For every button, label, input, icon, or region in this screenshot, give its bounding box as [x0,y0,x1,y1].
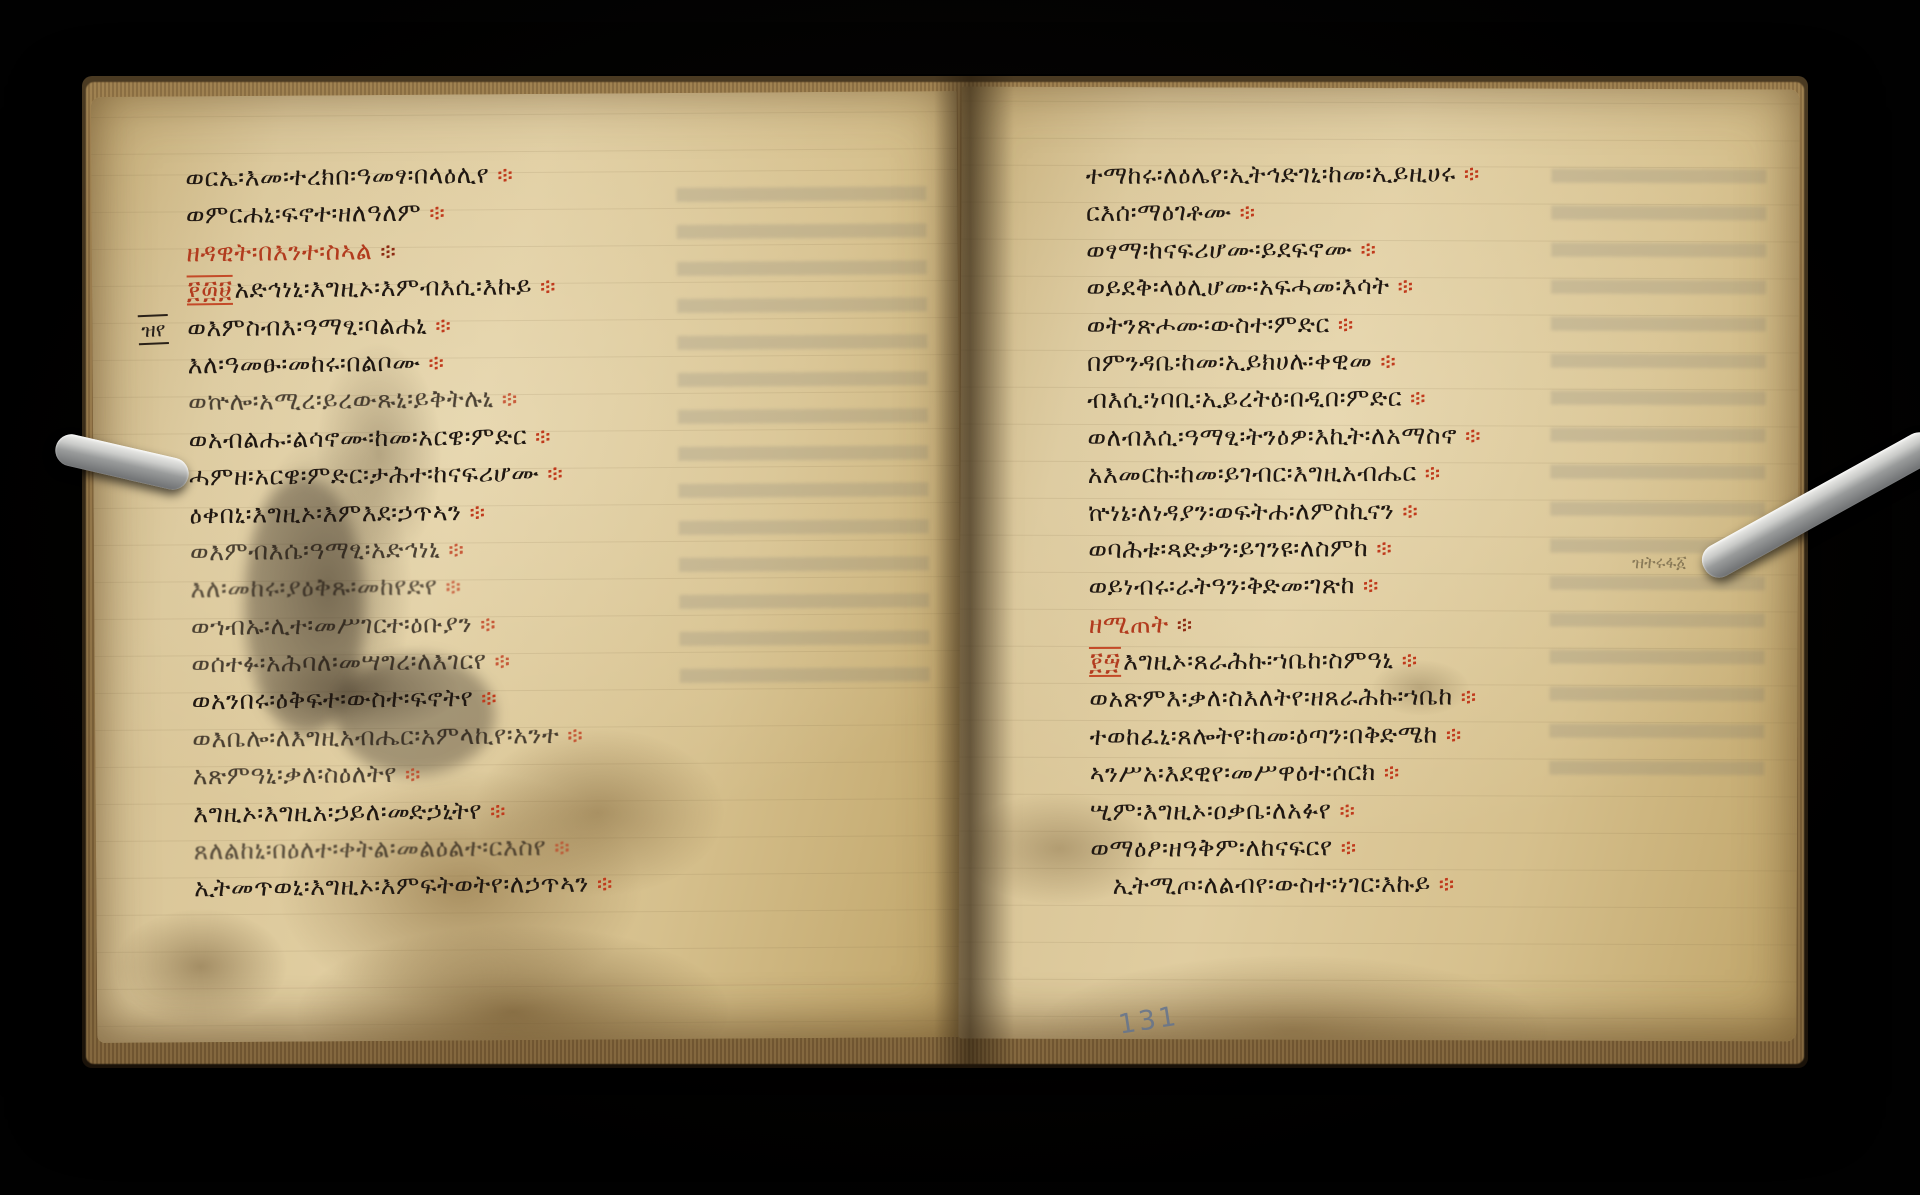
geez-text: በምንዳቤ፡ከመ፡ኢይክሀሉ፡ቀዊመ [1087,346,1373,377]
paragraph-mark-icon: ፨ [1439,873,1455,898]
geez-text-line: ወምርሐኒ፡ፍኖተ፡ዘለዓለም፨ [186,192,605,235]
paragraph-mark-icon: ፨ [481,687,497,712]
paragraph-mark-icon: ፨ [494,650,510,675]
geez-text: ወአጽምእ፡ቃለ፡ስእለትየ፡ዘጸራሕኩ፡ኀቤከ [1089,682,1453,714]
paragraph-mark-icon: ፨ [502,388,518,413]
paragraph-mark-icon: ፨ [1464,162,1480,187]
geez-text: እለ፡ዓመፁ፡መከሩ፡በልቦሙ [188,348,421,380]
geez-text: ወትንጽሖሙ፡ውስተ፡ምድር [1087,309,1330,340]
geez-text: ወባሕቱ፡ጻድቃን፡ይገንዩ፡ለስምከ [1088,533,1368,564]
geez-text: ወሰተፉ፡አሕባለ፡መሣግረ፡ለእገርየ [191,646,486,679]
geez-text-line: ዕቀበኒ፡እግዚኦ፡እምእደ፡ኃጥኣን፨ [189,491,608,534]
geez-text: ወእምብእሴ፡ዓማፂ፡አድኅነኒ [190,534,441,566]
geez-text-line: ወለብእሲ፡ዓማፂ፡ትንዕዎ፡እኪት፡ለአማስኖ፨ [1087,416,1481,456]
paragraph-mark-icon: ፨ [1338,313,1354,338]
paragraph-mark-icon: ፨ [1360,238,1376,263]
right-page: ዝትሩፋ፩ 131 ተማከሩ፡ለዕሌየ፡ኢትኅድገኒ፡ከመ፡ኢይዚሀሩ፨ርእሰ፡… [958,87,1799,1042]
geez-text-line: ወባሕቱ፡ጻድቃን፡ይገንዩ፡ለስምከ፨ [1088,528,1482,568]
paragraph-mark-icon: ፨ [554,836,570,861]
showthrough-text-right [1549,169,1766,790]
geez-text-line: ወትንጽሖሙ፡ውስተ፡ምድር፨ [1087,304,1481,344]
paragraph-mark-icon: ፨ [1363,574,1379,599]
geez-text-line: ወኵሎ፡አሚረ፡ይረውጹኒ፡ይቅትሉኒ፨ [188,379,607,422]
geez-text-line: ጸለልከኒ፡በዕለተ፡ቀትል፡መልዕልተ፡ርእስየ፨ [193,827,612,870]
geez-text-line: አእመርኩ፡ከመ፡ይገብር፡እግዚአብሔር፨ [1088,453,1482,493]
paragraph-mark-icon: ፨ [535,425,551,450]
margin-note-left: ዝየ [138,314,169,345]
geez-text: ኵነኔ፡ለነዳያን፡ወፍትሐ፡ለምስኪናን [1088,495,1395,526]
geez-text: ወለብእሲ፡ዓማፂ፡ትንዕዎ፡እኪት፡ለአማስኖ [1087,420,1457,452]
geez-text: አጽምዓኒ፡ቃለ፡ስዕለትየ [193,759,398,790]
geez-text: ዕቀበኒ፡እግዚኦ፡እምእደ፡ኃጥኣን [189,497,461,529]
geez-text: ወኀብኡ፡ሊተ፡መሥገርተ፡ዕቡያን [191,609,473,641]
geez-text-line: ተማከሩ፡ለዕሌየ፡ኢትኅድገኒ፡ከመ፡ኢይዚሀሩ፨ [1086,154,1480,194]
geez-text: ወእቤሎ፡ለእግዚአብሔር፡አምላኪየ፡አንተ [192,720,559,753]
left-page: ዝየ ወርኤ፡እመ፡ተረክበ፡ዓመፃ፡በላዕሊየ፨ወምርሐኒ፡ፍኖተ፡ዘለዓለም… [91,91,964,1043]
geez-text-line: ተወከፈኒ፡ጸሎትየ፡ከመ፡ዕጣን፡በቅድሜከ፨ [1089,715,1483,755]
paragraph-mark-icon: ፨ [429,202,445,227]
geez-text: ኢትመጥወኒ፡እግዚኦ፡እምፍትወትየ፡ለኃጥኣን [194,869,589,903]
geez-text-line: ወእምስብእ፡ዓማፂ፡ባልሐኒ፨ [187,304,606,347]
geez-text: ወአንበሩ፡ዕቅፍተ፡ውስተ፡ፍኖትየ [192,683,474,715]
paragraph-mark-icon: ፨ [1446,723,1462,748]
geez-text-line: ብእሲ፡ነባቢ፡ኢይረትዕ፡በዲበ፡ምድር፨ [1087,379,1481,419]
paragraph-mark-icon: ፨ [1239,201,1255,226]
geez-text: ወእምስብእ፡ዓማፂ፡ባልሐኒ [187,310,427,342]
geez-text-line: ወይደቅ፡ላዕሊሆሙ፡አፍሓመ፡እሳት፨ [1086,266,1480,306]
paragraph-mark-icon: ፨ [1465,424,1481,449]
paragraph-mark-icon: ፨ [1380,350,1396,375]
paragraph-mark-icon: ፨ [1341,836,1357,861]
geez-text: ኣንሥአ፡እደዊየ፡መሥዋዕተ፡ሰርክ [1090,757,1376,788]
psalm-number-rubric: ፻፵ [1089,647,1121,677]
psalm-number-rubric: ፻፴፱ [187,275,233,306]
rubric-heading-line: ዘዳዊት፡በእንተ፡ስኣል፨ [186,229,605,272]
showthrough-text-left [676,186,929,688]
geez-text-line: እለ፡ዓመፁ፡መከሩ፡በልቦሙ፨ [187,341,606,384]
geez-text: ወምርሐኒ፡ፍኖተ፡ዘለዓለም [186,198,422,230]
rubric-heading-line: ዘሚጠት፨ [1089,603,1483,643]
geez-text: እግዚኦ፡ጸራሕኩ፡ኀቤከ፡ስምዓኒ [1123,645,1394,676]
paragraph-mark-icon: ፨ [480,612,496,637]
geez-text: ዘሚጠት [1089,609,1169,639]
geez-text-line: ኢትሚጦ፡ለልብየ፡ውስተ፡ነገር፡እኩይ፨ [1090,865,1484,905]
geez-text-line: ወአጽምእ፡ቃለ፡ስእለትየ፡ዘጸራሕኩ፡ኀቤከ፨ [1089,678,1483,718]
geez-text-line: ወአንበሩ፡ዕቅፍተ፡ውስተ፡ፍኖትየ፨ [192,678,611,721]
paragraph-mark-icon: ፨ [1384,761,1400,786]
paragraph-mark-icon: ፨ [405,763,421,788]
geez-text-line: ወሰተፉ፡አሕባለ፡መሣግረ፡ለእገርየ፨ [191,640,610,683]
geez-text: ወማዕፆ፡ዘዓቅም፡ለከናፍርየ [1090,832,1333,863]
geez-text: እለ፡መከሩ፡ያዕቅጹ፡መከየድየ [190,572,437,604]
geez-text-line: ርእሰ፡ማዕገቶሙ፨ [1086,192,1480,232]
geez-text: ጸለልከኒ፡በዕለተ፡ቀትል፡መልዕልተ፡ርእስየ [193,832,546,865]
geez-text: አድኅነኒ፡እግዚኦ፡እምብእሲ፡እኩይ [234,271,532,304]
geez-text-line: ፻፵እግዚኦ፡ጸራሕኩ፡ኀቤከ፡ስምዓኒ፨ [1089,640,1483,680]
paragraph-mark-icon: ፨ [445,575,461,600]
geez-text: ወርኤ፡እመ፡ተረክበ፡ዓመፃ፡በላዕሊየ [185,160,489,193]
paragraph-mark-icon: ፨ [1402,499,1418,524]
geez-text-line: ኵነኔ፡ለነዳያን፡ወፍትሐ፡ለምስኪናን፨ [1088,491,1482,531]
geez-text: እግዚኦ፡እግዚአ፡ኃይለ፡መድኃኒትየ [193,796,482,829]
paragraph-mark-icon: ፨ [1177,613,1193,638]
paragraph-mark-icon: ፨ [1402,649,1418,674]
geez-text: ወፃማ፡ከናፍሪሆሙ፡ይደፍኖሙ [1086,234,1352,265]
geez-text: ተወከፈኒ፡ጸሎትየ፡ከመ፡ዕጣን፡በቅድሜከ [1089,719,1437,750]
paragraph-mark-icon: ፨ [497,163,513,188]
geez-text-line: እግዚኦ፡እግዚአ፡ኃይለ፡መድኃኒትየ፨ [193,790,612,833]
paragraph-mark-icon: ፨ [380,240,396,265]
geez-text: ወይደቅ፡ላዕሊሆሙ፡አፍሓመ፡እሳት [1086,271,1389,302]
paragraph-mark-icon: ፨ [567,724,583,749]
geez-text-line: ወርኤ፡እመ፡ተረክበ፡ዓመፃ፡በላዕሊየ፨ [185,154,604,197]
geez-text-line: ወይነብሩ፡ራትዓን፡ቅድመ፡ገጽከ፨ [1088,566,1482,606]
paragraph-mark-icon: ፨ [469,500,485,525]
paragraph-mark-icon: ፨ [547,462,563,487]
paragraph-mark-icon: ፨ [1339,799,1355,824]
geez-text: ሢም፡እግዚኦ፡ዐቃቤ፡ለአፉየ [1090,795,1332,826]
geez-text: ተማከሩ፡ለዕሌየ፡ኢትኅድገኒ፡ከመ፡ኢይዚሀሩ [1086,158,1456,190]
geez-text-line: ኣንሥአ፡እደዊየ፡መሥዋዕተ፡ሰርክ፨ [1090,753,1484,793]
paragraph-mark-icon: ፨ [540,275,556,300]
open-manuscript-book: ዝየ ወርኤ፡እመ፡ተረክበ፡ዓመፃ፡በላዕሊየ፨ወምርሐኒ፡ፍኖተ፡ዘለዓለም… [82,76,1808,1068]
paragraph-mark-icon: ፨ [448,538,464,563]
geez-text: ወይነብሩ፡ራትዓን፡ቅድመ፡ገጽከ [1088,570,1355,601]
geez-text: ወኵሎ፡አሚረ፡ይረውጹኒ፡ይቅትሉኒ [188,384,494,417]
geez-text-line: ወእቤሎ፡ለእግዚአብሔር፡አምላኪየ፡አንተ፨ [192,715,611,758]
geez-text-line: ሢም፡እግዚኦ፡ዐቃቤ፡ለአፉየ፨ [1090,790,1484,830]
geez-text-line: ሓምዘ፡አርዌ፡ምድር፡ታሕተ፡ከናፍሪሆሙ፨ [189,453,608,496]
margin-note-right: ዝትሩፋ፩ [1632,553,1687,574]
geez-text: ኢትሚጦ፡ለልብየ፡ውስተ፡ነገር፡እኩይ [1113,869,1431,900]
paragraph-mark-icon: ፨ [597,873,613,898]
paragraph-mark-icon: ፨ [428,351,444,376]
paragraph-mark-icon: ፨ [490,799,506,824]
geez-text-line: እለ፡መከሩ፡ያዕቅጹ፡መከየድየ፨ [190,566,609,609]
paragraph-mark-icon: ፨ [1410,387,1426,412]
geez-text-line: ወፃማ፡ከናፍሪሆሙ፡ይደፍኖሙ፨ [1086,229,1480,269]
geez-text-line: ወኀብኡ፡ሊተ፡መሥገርተ፡ዕቡያን፨ [191,603,610,646]
geez-text-line: ወአብልሑ፡ልሳኖሙ፡ከመ፡አርዌ፡ምድር፨ [188,416,607,459]
text-column-left: ወርኤ፡እመ፡ተረክበ፡ዓመፃ፡በላዕሊየ፨ወምርሐኒ፡ፍኖተ፡ዘለዓለም፨ዘዳ… [185,154,613,907]
geez-text-line: አጽምዓኒ፡ቃለ፡ስዕለትየ፨ [193,753,612,796]
geez-text: ወአብልሑ፡ልሳኖሙ፡ከመ፡አርዌ፡ምድር [188,421,527,454]
geez-text-line: ፻፴፱አድኅነኒ፡እግዚኦ፡እምብእሲ፡እኩይ፨ [187,267,606,310]
paragraph-mark-icon: ፨ [1398,275,1414,300]
geez-text: አእመርኩ፡ከመ፡ይገብር፡እግዚአብሔር [1088,458,1417,489]
paragraph-mark-icon: ፨ [1376,537,1392,562]
geez-text: ብእሲ፡ነባቢ፡ኢይረትዕ፡በዲበ፡ምድር [1087,383,1402,414]
text-column-right: ተማከሩ፡ለዕሌየ፡ኢትኅድገኒ፡ከመ፡ኢይዚሀሩ፨ርእሰ፡ማዕገቶሙ፨ወፃማ፡… [1086,154,1485,905]
geez-text: ዘዳዊት፡በእንተ፡ስኣል [186,236,372,267]
paragraph-mark-icon: ፨ [1461,686,1477,711]
geez-text-line: ወእምብእሴ፡ዓማፂ፡አድኅነኒ፨ [190,528,609,571]
geez-text-line: በምንዳቤ፡ከመ፡ኢይክሀሉ፡ቀዊመ፨ [1087,341,1481,381]
paragraph-mark-icon: ፨ [435,314,451,339]
geez-text-line: ወማዕፆ፡ዘዓቅም፡ለከናፍርየ፨ [1090,827,1484,867]
paragraph-mark-icon: ፨ [1425,462,1441,487]
geez-text: ርእሰ፡ማዕገቶሙ [1086,197,1232,227]
pencil-page-number: 131 [1116,1001,1181,1041]
geez-text: ሓምዘ፡አርዌ፡ምድር፡ታሕተ፡ከናፍሪሆሙ [189,458,540,491]
geez-text-line: ኢትመጥወኒ፡እግዚኦ፡እምፍትወትየ፡ለኃጥኣን፨ [194,865,613,908]
